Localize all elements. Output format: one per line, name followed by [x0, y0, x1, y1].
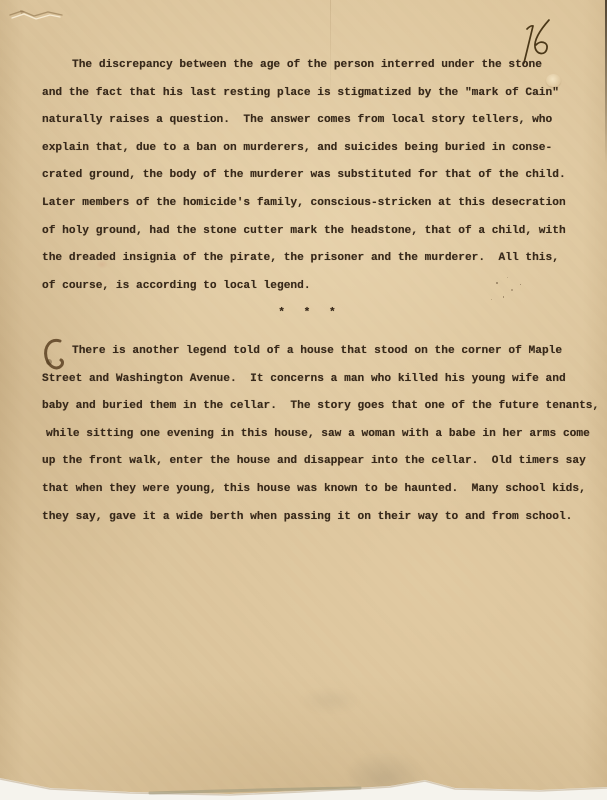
- paragraph-2: There is another legend told of a house …: [42, 338, 602, 531]
- typed-line: Street and Washington Avenue. It concern…: [42, 366, 602, 394]
- document-page: The discrepancy between the age of the p…: [0, 0, 607, 800]
- typed-line: and the fact that his last resting place…: [42, 80, 602, 108]
- paragraph-1: The discrepancy between the age of the p…: [42, 52, 602, 300]
- typed-line: that when they were young, this house wa…: [42, 476, 602, 504]
- typed-line: naturally raises a question. The answer …: [42, 107, 602, 135]
- typed-line: Later members of the homicide's family, …: [42, 190, 602, 218]
- typed-line: while sitting one evening in this house,…: [42, 421, 602, 449]
- typed-text: The discrepancy between the age of the p…: [42, 52, 602, 531]
- typed-line: they say, gave it a wide berth when pass…: [42, 504, 602, 532]
- typed-line: of holy ground, had the stone cutter mar…: [42, 218, 602, 246]
- section-separator: * * *: [42, 300, 602, 328]
- typed-line: up the front walk, enter the house and d…: [42, 448, 602, 476]
- typed-line: explain that, due to a ban on murderers,…: [42, 135, 602, 163]
- typed-line: There is another legend told of a house …: [42, 338, 602, 366]
- crease-mark: [8, 6, 70, 26]
- typed-line: crated ground, the body of the murderer …: [42, 162, 602, 190]
- typed-line: baby and buried them in the cellar. The …: [42, 393, 602, 421]
- smudge: [300, 688, 360, 714]
- typed-line: The discrepancy between the age of the p…: [42, 52, 602, 80]
- paper-bottom-edge: [0, 770, 607, 800]
- typed-line: of course, is according to local legend.: [42, 273, 602, 301]
- typed-line: the dreaded insignia of the pirate, the …: [42, 245, 602, 273]
